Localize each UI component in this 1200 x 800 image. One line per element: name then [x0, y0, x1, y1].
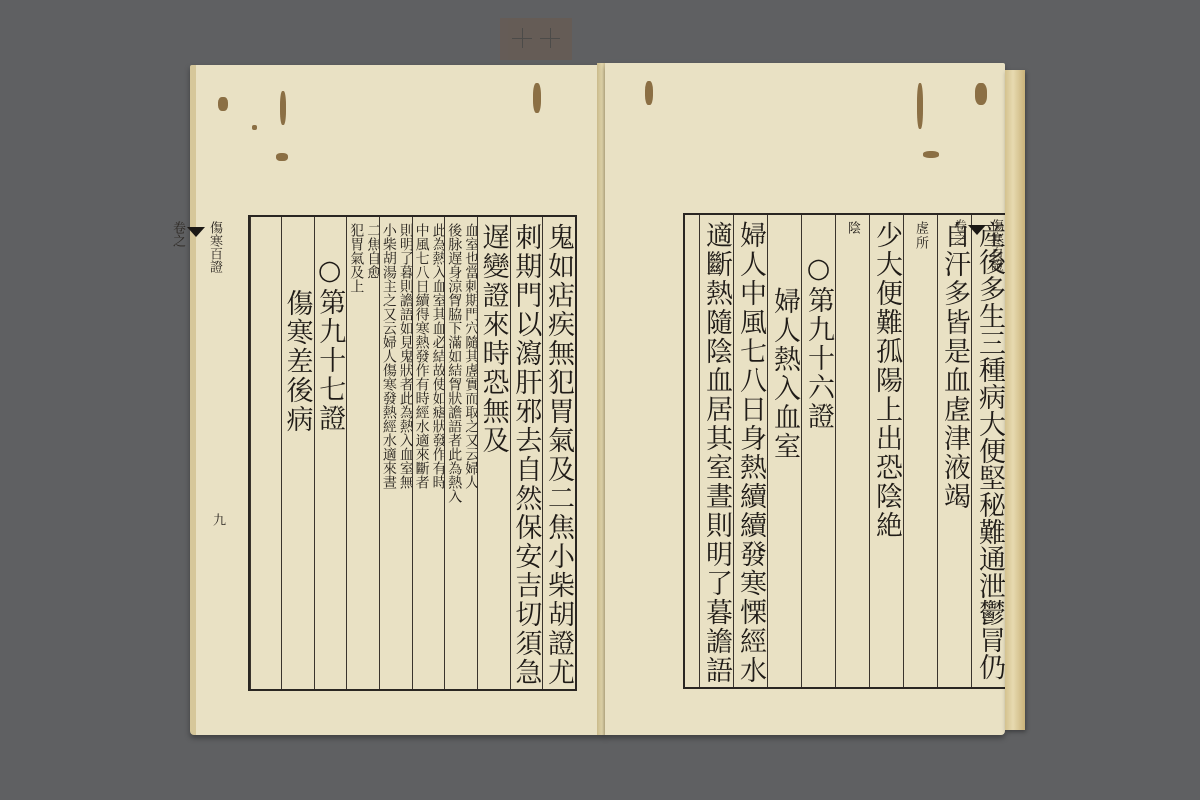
section-heading: ○第九十六證: [801, 215, 835, 687]
page-stack-edge: [1005, 70, 1025, 730]
text-column: 適斷熱隨陰血居其室晝則明了暮譫語狀如見: [699, 215, 733, 687]
banxin-volume: 卷之: [170, 221, 185, 247]
section-subheading: 婦人熱入血室: [767, 215, 801, 687]
section-heading: ○第九十七證: [314, 217, 347, 689]
text-column-with-note: 遅變證來時恐無及仲景云婦人中風發熱惡寒經水適來得之七八日熱除: [477, 217, 510, 689]
text-column: 陰抑唯此柴胡四物湯庶可調和使安悅: [835, 215, 869, 687]
commentary-column: 後脉遅身涼胷脇下滿如結胷狀譫語者此為熱入 血室也當刺期門穴隨其虗實而取之又云婦人: [444, 217, 477, 689]
left-page: 傷寒百證 卷之 九 鬼如痁疾無犯胃氣及二焦小柴胡證尤為的更 刺期門以瀉肝邪去自然…: [190, 65, 606, 735]
commentary-column: 犯胃氣及上 二焦自愈: [346, 217, 379, 689]
banxin-title: 傷寒百證: [988, 219, 1003, 271]
open-book-spread: 傷寒百證 卷之 九 鬼如痁疾無犯胃氣及二焦小柴胡證尤為的更 刺期門以瀉肝邪去自然…: [0, 0, 1200, 800]
banxin-title: 傷寒百證: [207, 221, 222, 273]
fishtail-mark: [187, 227, 205, 237]
right-page: 産後多生三種病大便堅秘難通泄鬱冐仍兼 自汗多皆是血虗津液竭婦人産後有三種病大便秘…: [605, 63, 1005, 735]
commentary-column: 中風七八日續得寒熱發作有時經水適來斷者 此為熱入血室其血必結故使如瘧狀發作有時: [412, 217, 445, 689]
empty-column: [250, 217, 281, 689]
right-banxin: 傷寒百證 卷之: [985, 213, 1005, 685]
left-text-frame: 鬼如痁疾無犯胃氣及二焦小柴胡證尤為的更 刺期門以瀉肝邪去自然保安吉切須急療莫遅 …: [248, 215, 577, 691]
text-column: 虗所血虗而厥厥必冐冐家觧時汗流浹津液旣: [903, 215, 937, 687]
text-column: 婦人中風七八日身熱續續發寒慄經水適來或: [733, 215, 767, 687]
commentary-column: 小柴胡湯主之又云婦人傷寒發熱經水適來晝 則明了暮則譫語如見鬼狀者此為熱入血室無: [379, 217, 412, 689]
fishtail-mark: [968, 225, 986, 235]
left-banxin: 傷寒百證 卷之: [204, 215, 224, 687]
section-subheading: 傷寒差後病: [281, 217, 314, 689]
text-column: 鬼如痁疾無犯胃氣及二焦小柴胡證尤為的更: [542, 217, 575, 689]
folio-number: 九: [208, 513, 227, 526]
banxin-volume: 卷之: [951, 219, 966, 245]
text-column: 刺期門以瀉肝邪去自然保安吉切須急療莫遅: [510, 217, 543, 689]
text-column-with-note: 少大便難孤陽上出恐陰絶三病皆血少陰虗孤陽獨行所致也當補: [869, 215, 903, 687]
